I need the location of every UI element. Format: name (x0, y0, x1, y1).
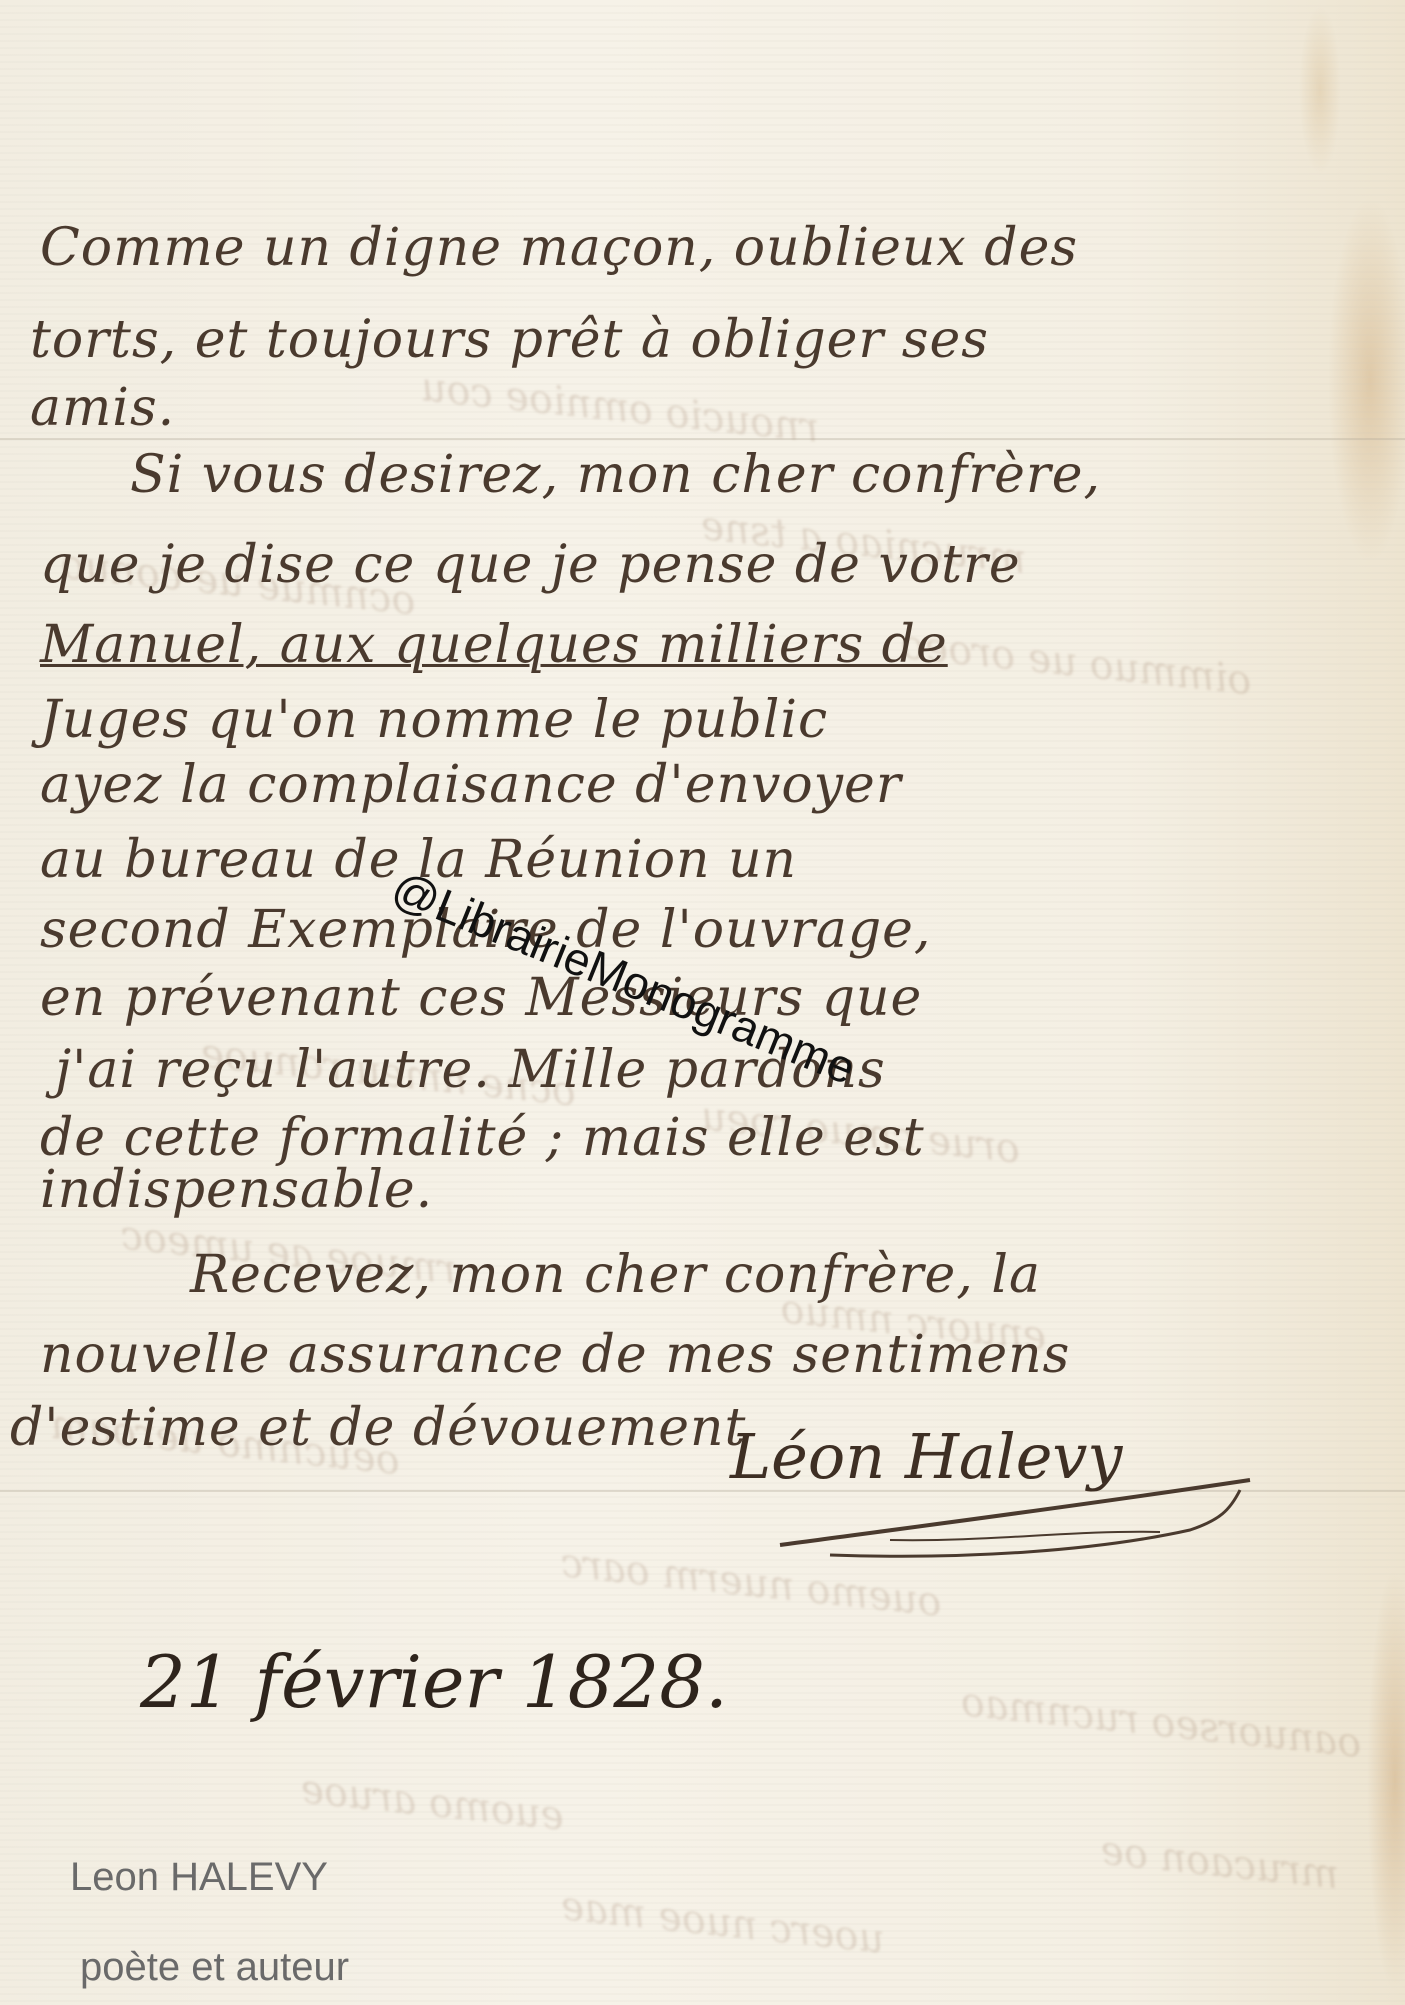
letter-line: Juges qu'on nomme le public (40, 690, 828, 750)
paper-fold-line (0, 438, 1405, 440)
letter-line: que je dise ce que je pense de votre (40, 535, 1021, 595)
letter-line: d'estime et de dévouement (10, 1398, 746, 1458)
letter-line: ayez la complaisance d'envoyer (40, 755, 902, 815)
letter-line: Recevez, mon cher confrère, la (190, 1245, 1041, 1305)
letter-line: Manuel, aux quelques milliers de (40, 615, 948, 675)
letter-line: nouvelle assurance de mes sentimens (40, 1325, 1070, 1385)
letter-line: indispensable. (40, 1160, 433, 1220)
pencil-note-description: poète et auteur (80, 1945, 349, 1990)
letter-line: amis. (30, 378, 175, 438)
pencil-note-name: Leon HALEVY (70, 1855, 328, 1900)
signature-flourish (770, 1470, 1270, 1570)
letter-line: Si vous desirez, mon cher confrère, (130, 445, 1101, 505)
letter-line: de cette formalité ; mais elle est (40, 1108, 925, 1168)
letter-page: rnoucio omnioe cou mrucniao a tsne ocnmu… (0, 0, 1405, 2005)
letter-line: Comme un digne maçon, oublieux des (40, 218, 1078, 278)
letter-line: torts, et toujours prêt à obliger ses (30, 310, 989, 370)
letter-date: 21 février 1828. (140, 1640, 728, 1724)
